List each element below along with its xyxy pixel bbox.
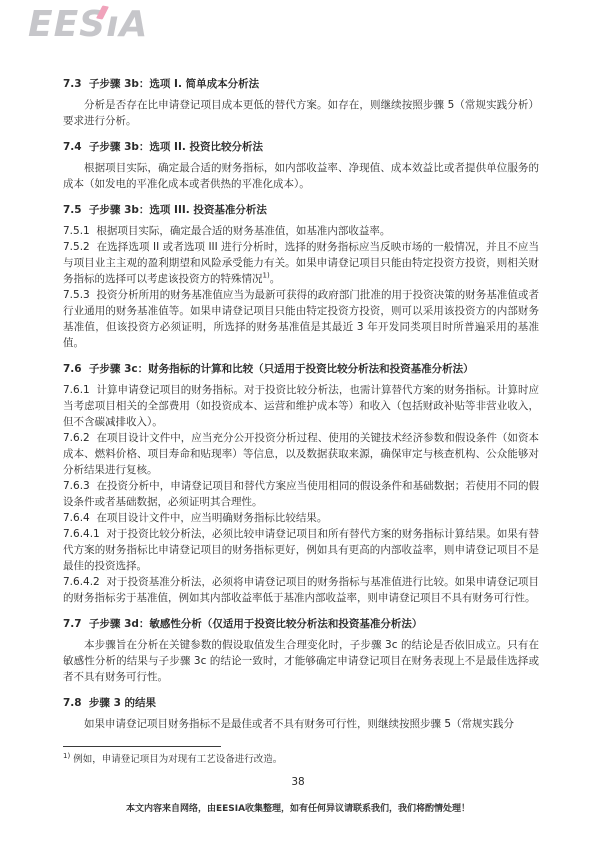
logo-text-end: A: [119, 2, 148, 48]
footer-note: 本文内容来自网络，由EESIA收集整理，如有任何异议请联系我们，我们将酌情处理！: [0, 801, 596, 814]
section-heading: 7.3 子步骤 3b：选项 I. 简单成本分析法: [63, 76, 539, 92]
footnote-ref: 1): [263, 272, 270, 280]
paragraph: 分析是否存在比申请登记项目成本更低的替代方案。如存在，则继续按照步骤 5（常规实…: [63, 97, 539, 129]
section-heading: 7.8 步骤 3 的结果: [63, 695, 539, 711]
footnote: 1) 例如，申请登记项目为对现有工艺设备进行改造。: [63, 753, 539, 766]
paragraph: 根据项目实际，确定最合适的财务指标，如内部收益率、净现值、成本效益比或者提供单位…: [63, 160, 539, 192]
paragraph: 如果申请登记项目财务指标不是最佳或者不具有财务可行性，则继续按照步骤 5（常规实…: [63, 716, 539, 732]
paragraph: 7.5.1 根据项目实际，确定最合适的财务基准值，如基准内部收益率。: [63, 223, 539, 239]
paragraph: 7.6.4.1 对于投资比较分析法，必须比较申请登记项目和所有替代方案的财务指标…: [63, 526, 539, 574]
content: 7.3 子步骤 3b：选项 I. 简单成本分析法分析是否存在比申请登记项目成本更…: [63, 76, 539, 744]
section-heading: 7.4 子步骤 3b：选项 II. 投资比较分析法: [63, 139, 539, 155]
paragraph: 7.6.4 在项目设计文件中，应当明确财务指标比较结果。: [63, 510, 539, 526]
logo-letter-i: ı: [106, 2, 119, 48]
paragraph: 7.6.4.2 对于投资基准分析法，必须将申请登记项目的财务指标与基准值进行比较…: [63, 574, 539, 606]
paragraph: 7.6.3 在投资分析中，申请登记项目和替代方案应当使用相同的假设条件和基础数据…: [63, 478, 539, 510]
footnote-area: 1) 例如，申请登记项目为对现有工艺设备进行改造。: [63, 746, 539, 766]
page-number: 38: [0, 776, 596, 788]
paragraph: 7.6.2 在项目设计文件中，应当充分公开投资分析过程、使用的关键技术经济参数和…: [63, 430, 539, 478]
logo-text: EES: [28, 2, 106, 48]
section-heading: 7.6 子步骤 3c：财务指标的计算和比较（只适用于投资比较分析法和投资基准分析…: [63, 361, 539, 377]
section-heading: 7.5 子步骤 3b：选项 III. 投资基准分析法: [63, 202, 539, 218]
eesia-logo: EESıA: [28, 2, 148, 48]
paragraph: 7.5.2 在选择选项 II 或者选项 III 进行分析时，选择的财务指标应当反…: [63, 239, 539, 287]
paragraph: 7.5.3 投资分析所用的财务基准值应当为最新可获得的政府部门批准的用于投资决策…: [63, 287, 539, 351]
footnote-divider: [63, 746, 221, 747]
paragraph: 本步骤旨在分析在关键参数的假设取值发生合理变化时，子步骤 3c 的结论是否依旧成…: [63, 637, 539, 685]
footnote-text: 例如，申请登记项目为对现有工艺设备进行改造。: [70, 754, 282, 765]
section-heading: 7.7 子步骤 3d：敏感性分析（仅适用于投资比较分析法和投资基准分析法）: [63, 616, 539, 632]
paragraph: 7.6.1 计算申请登记项目的财务指标。对于投资比较分析法，也需计算替代方案的财…: [63, 382, 539, 430]
document-page: EESıA 7.3 子步骤 3b：选项 I. 简单成本分析法分析是否存在比申请登…: [0, 0, 596, 842]
